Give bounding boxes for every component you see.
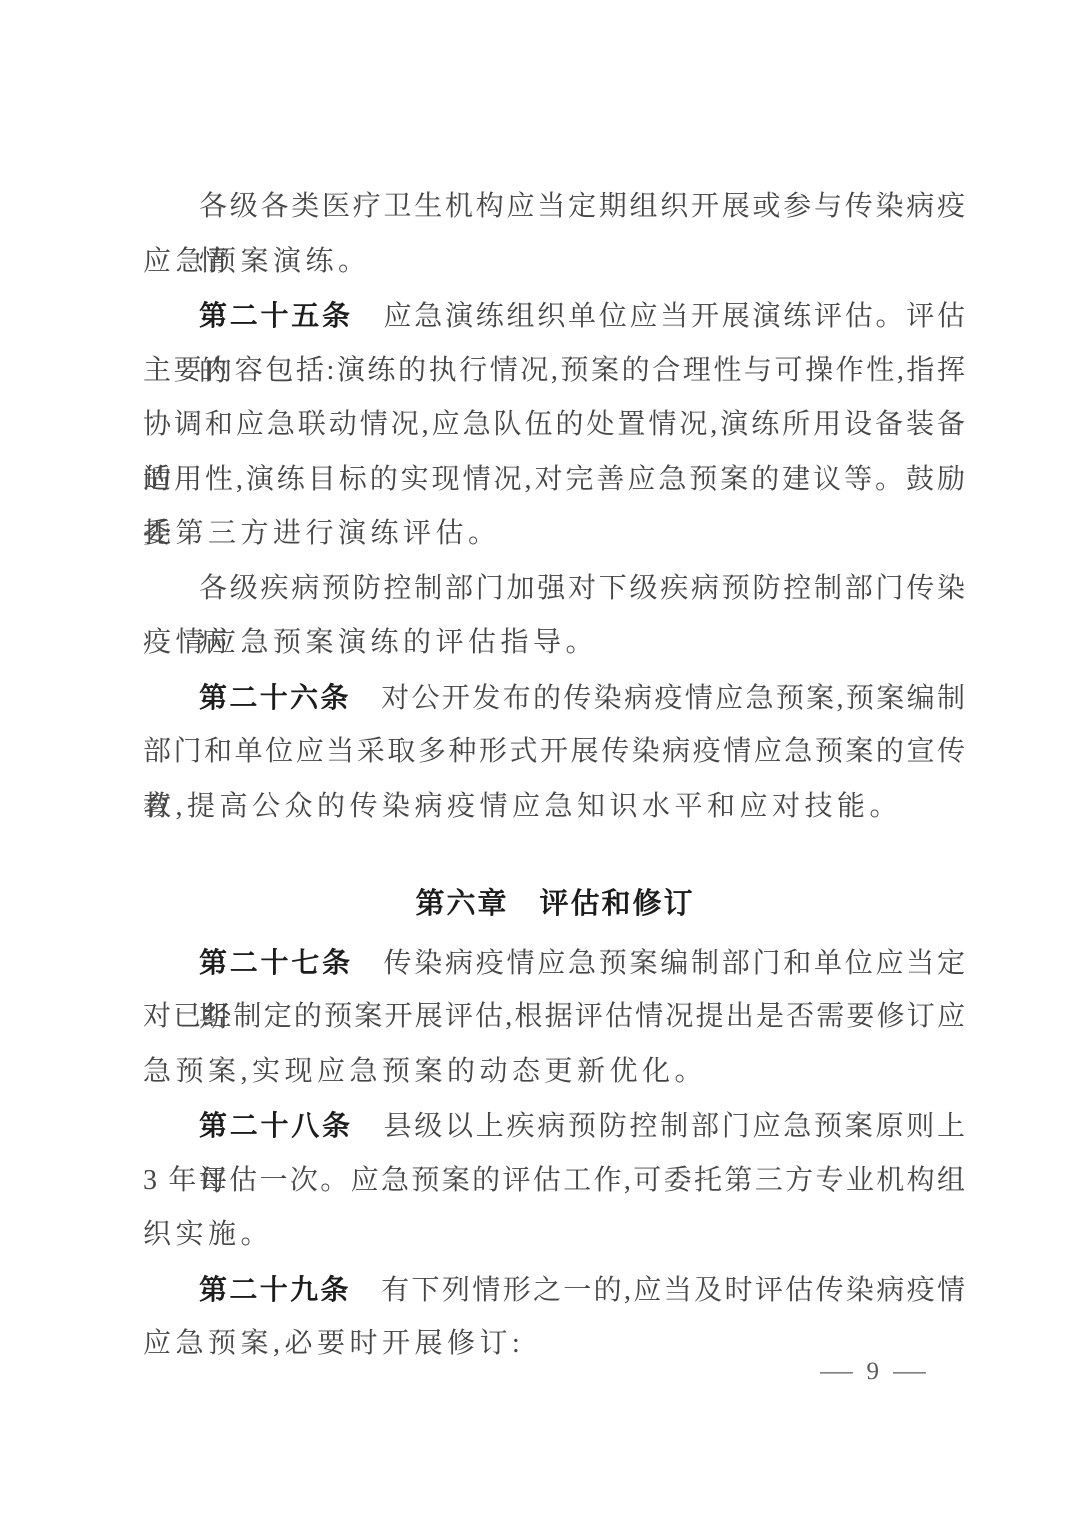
line-text: 疫情应急预案演练的评估指导。 (143, 627, 598, 658)
line-text: 对已经制定的预案开展评估,根据评估情况提出是否需要修订应 (143, 1001, 967, 1032)
paragraph-line: 主要内容包括:演练的执行情况,预案的合理性与可操作性,指挥 (143, 344, 967, 399)
paragraph-line: 适用性,演练目标的实现情况,对完善应急预案的建议等。鼓励委 (143, 453, 967, 508)
article-number: 第二十八条 (199, 1110, 353, 1141)
footer-dash-left: — (820, 1358, 853, 1386)
page-footer: — 9 — (824, 1358, 923, 1386)
page-number: 9 (867, 1358, 880, 1386)
article-number: 第二十五条 (199, 300, 353, 331)
article-line: 第二十六条 对公开发布的传染病疫情应急预案,预案编制 (143, 671, 967, 726)
paragraph-line: 育,提高公众的传染病疫情应急知识水平和应对技能。 (143, 780, 967, 835)
paragraph-line: 3 年评估一次。应急预案的评估工作,可委托第三方专业机构组 (143, 1154, 967, 1209)
document-text-block: 各级各类医疗卫生机构应当定期组织开展或参与传染病疫情 应急预案演练。 第二十五条… (143, 180, 967, 1372)
line-text: 有下列情形之一的,应当及时评估传染病疫情 (351, 1275, 967, 1306)
line-text: 应急预案演练。 (143, 246, 371, 277)
paragraph-line: 织实施。 (143, 1208, 967, 1263)
paragraph-line: 部门和单位应当采取多种形式开展传染病疫情应急预案的宣传教 (143, 725, 967, 780)
article-line: 第二十九条 有下列情形之一的,应当及时评估传染病疫情 (143, 1263, 967, 1318)
line-text: 应急预案,必要时开展修订: (143, 1328, 524, 1359)
line-text: 3 年评估一次。应急预案的评估工作,可委托第三方专业机构组 (143, 1165, 967, 1196)
article-number: 第二十六条 (199, 682, 351, 713)
paragraph-line: 托第三方进行演练评估。 (143, 507, 967, 562)
article-number: 第二十九条 (199, 1274, 351, 1305)
paragraph-line: 急预案,实现应急预案的动态更新优化。 (143, 1045, 967, 1100)
article-number: 第二十七条 (199, 947, 353, 978)
paragraph-line: 应急预案演练。 (143, 235, 967, 290)
footer-dash-right: — (893, 1358, 926, 1386)
paragraph-line: 疫情应急预案演练的评估指导。 (143, 616, 967, 671)
line-text: 托第三方进行演练评估。 (143, 518, 501, 549)
line-text: 急预案,实现应急预案的动态更新优化。 (143, 1056, 707, 1087)
article-line: 第二十五条 应急演练组织单位应当开展演练评估。评估的 (143, 289, 967, 344)
line-text: 对公开发布的传染病疫情应急预案,预案编制 (351, 683, 967, 714)
paragraph-line: 各级疾病预防控制部门加强对下级疾病预防控制部门传染病 (143, 562, 967, 617)
chapter-heading: 第六章 评估和修订 (143, 877, 967, 932)
line-text: 育,提高公众的传染病疫情应急知识水平和应对技能。 (143, 791, 902, 822)
article-line: 第二十七条 传染病疫情应急预案编制部门和单位应当定期 (143, 936, 967, 991)
paragraph-line: 各级各类医疗卫生机构应当定期组织开展或参与传染病疫情 (143, 180, 967, 235)
article-line: 第二十八条 县级以上疾病预防控制部门应急预案原则上每 (143, 1099, 967, 1154)
paragraph-line: 协调和应急联动情况,应急队伍的处置情况,演练所用设备装备的 (143, 398, 967, 453)
line-text: 主要内容包括:演练的执行情况,预案的合理性与可操作性,指挥 (143, 355, 967, 386)
line-text: 织实施。 (143, 1219, 273, 1250)
document-page: 各级各类医疗卫生机构应当定期组织开展或参与传染病疫情 应急预案演练。 第二十五条… (0, 0, 1080, 1528)
paragraph-line: 对已经制定的预案开展评估,根据评估情况提出是否需要修订应 (143, 990, 967, 1045)
